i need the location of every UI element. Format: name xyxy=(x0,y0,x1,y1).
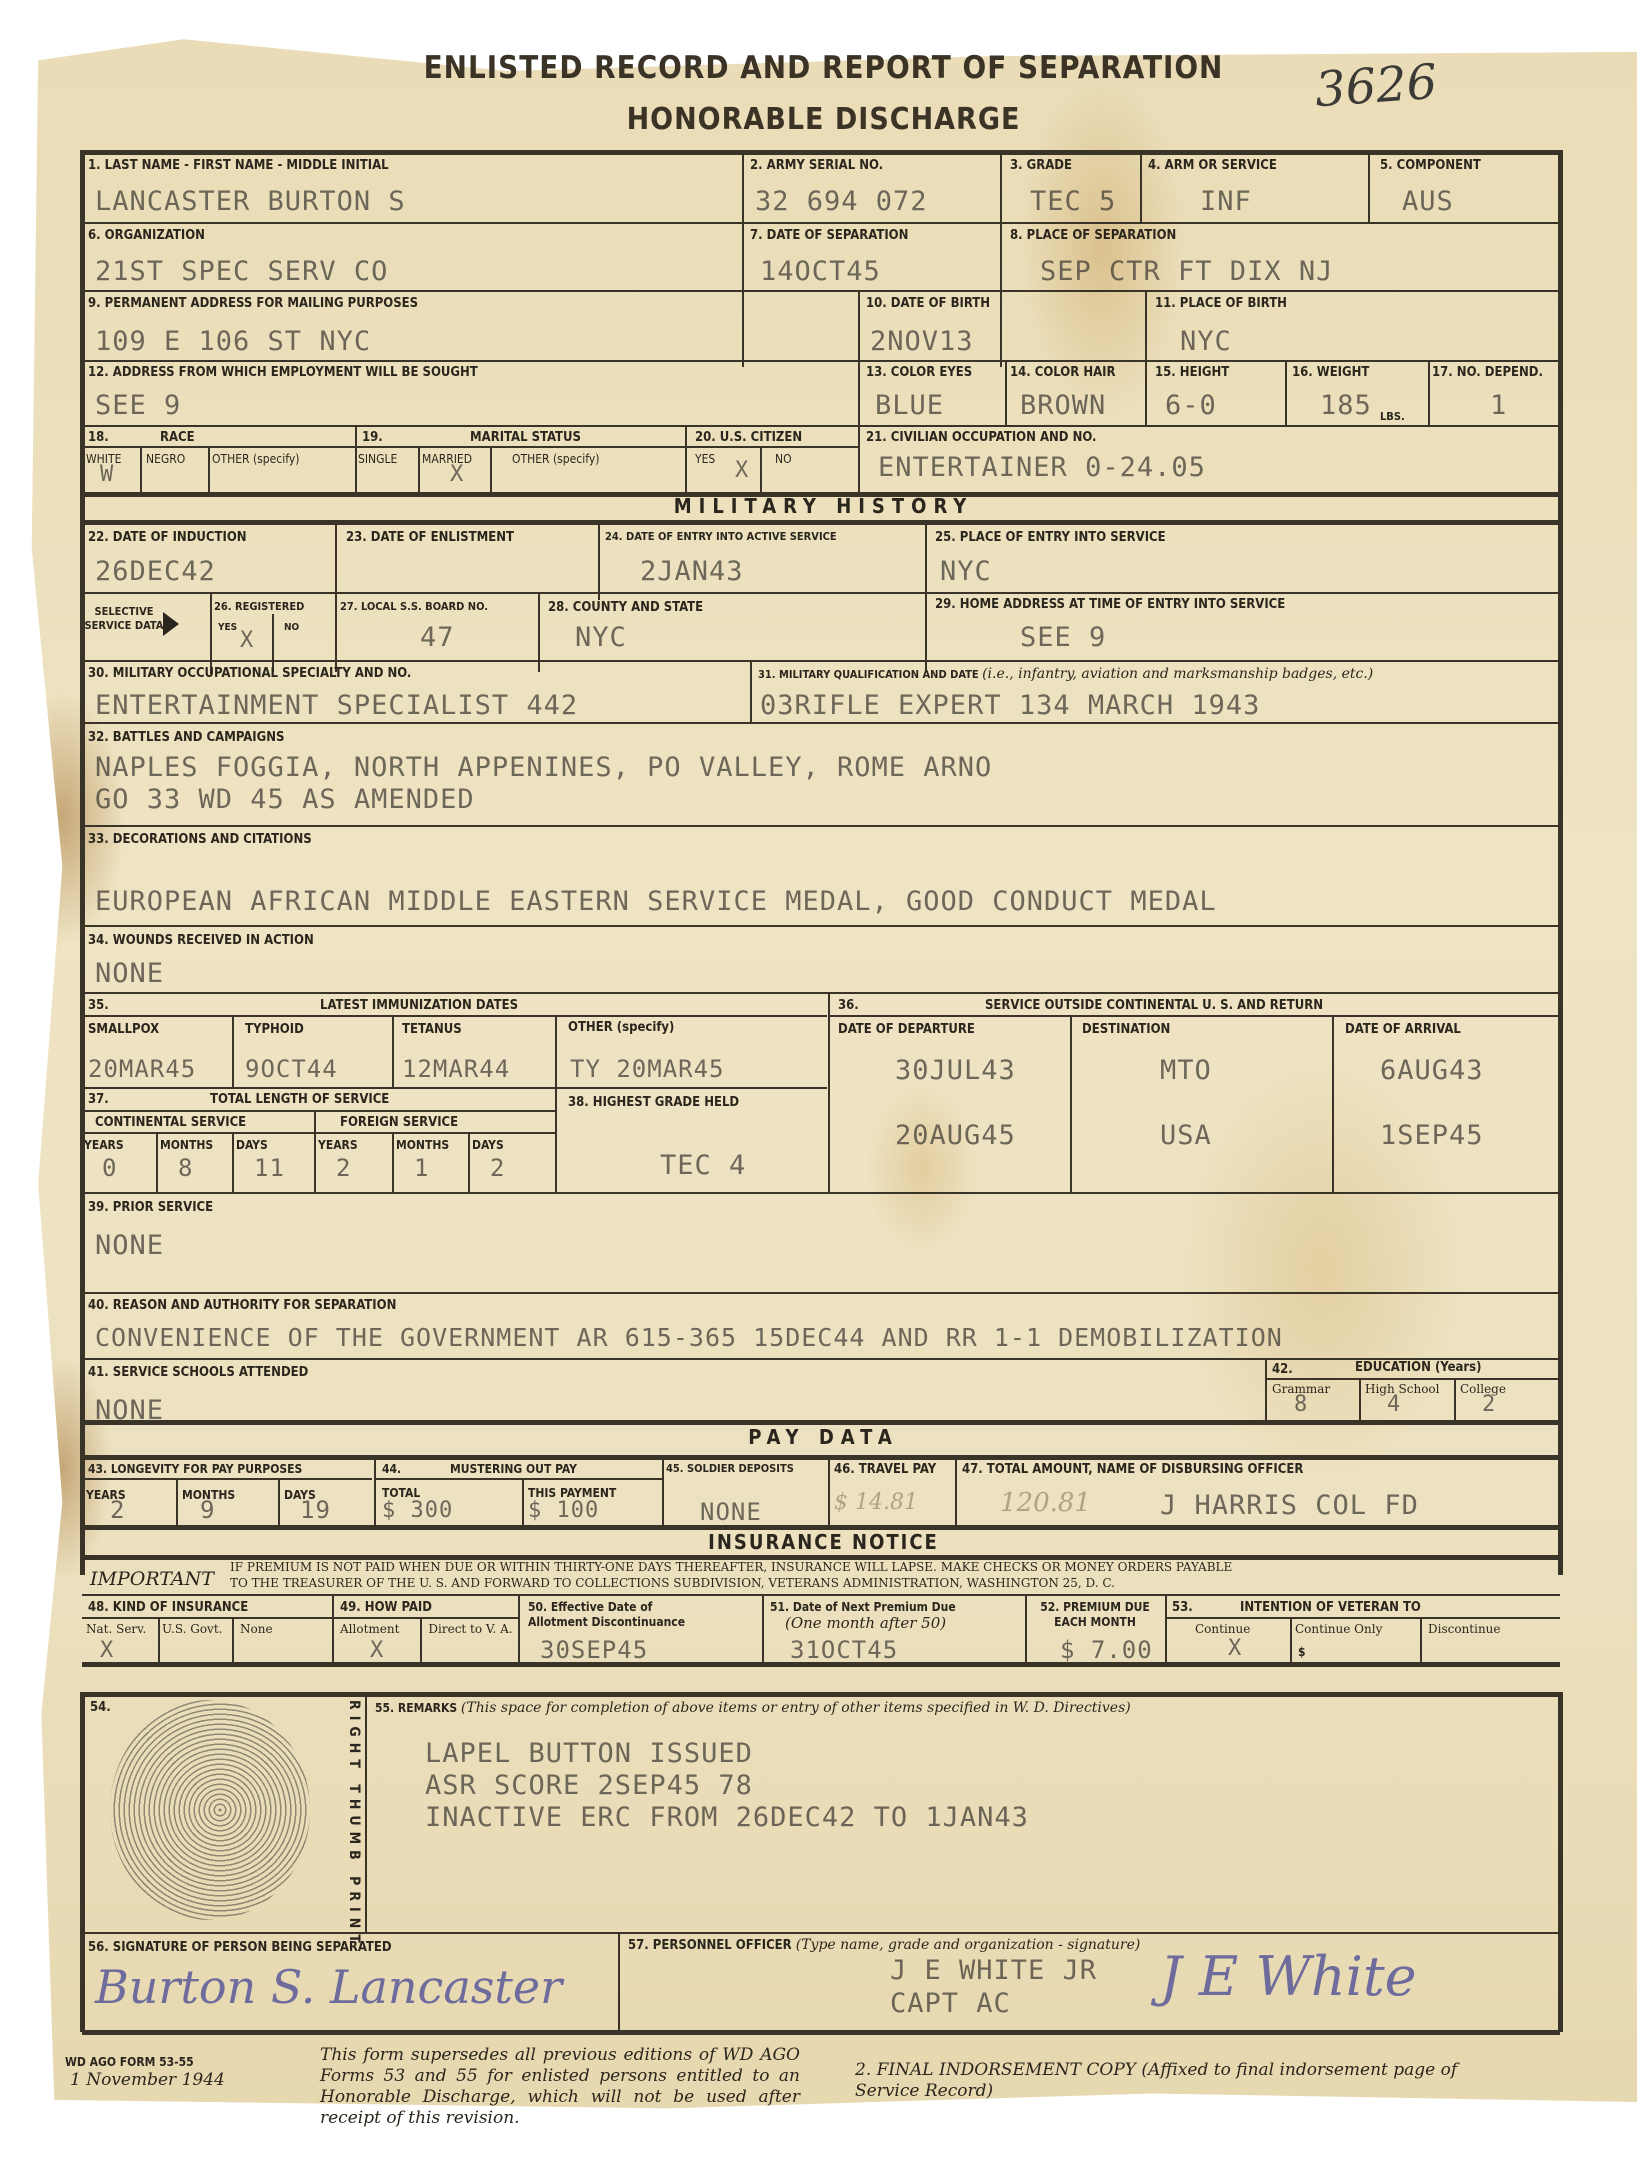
label-soldier-deposits: 45. SOLDIER DEPOSITS xyxy=(666,1462,794,1475)
divider xyxy=(420,1619,422,1664)
value-prior-service: NONE xyxy=(95,1230,164,1261)
qualification-hint: (i.e., infantry, aviation and marksmansh… xyxy=(982,666,1373,682)
paid-mark: X xyxy=(370,1638,384,1663)
value-dob: 2NOV13 xyxy=(870,326,974,357)
label-signature-separated: 56. SIGNATURE OF PERSON BEING SEPARATED xyxy=(88,1940,392,1955)
label-remarks: 55. REMARKS (This space for completion o… xyxy=(375,1700,1131,1716)
label-height: 15. HEIGHT xyxy=(1155,365,1229,380)
label-race-num: 18. xyxy=(88,430,109,445)
remarks-hint: (This space for completion of above item… xyxy=(461,1700,1131,1716)
label-dob: 10. DATE OF BIRTH xyxy=(866,296,990,311)
form-date: 1 November 1944 xyxy=(70,2070,225,2091)
value-entry-place: NYC xyxy=(940,556,992,587)
divider xyxy=(82,1087,827,1089)
longevity-months: 9 xyxy=(200,1496,215,1524)
intention-mark: X xyxy=(1228,1636,1242,1661)
value-occupation: ENTERTAINER 0-24.05 xyxy=(878,452,1206,483)
divider xyxy=(762,1596,764,1664)
race-option-other: OTHER (specify) xyxy=(212,452,299,466)
divider xyxy=(82,660,1560,662)
value-arm: INF xyxy=(1200,186,1252,217)
label-longevity: 43. LONGEVITY FOR PAY PURPOSES xyxy=(88,1462,302,1476)
label-travel-pay: 46. TRAVEL PAY xyxy=(834,1462,936,1477)
value-battles-line2: GO 33 WD 45 AS AMENDED xyxy=(95,784,475,815)
personnel-officer-label-text: 57. PERSONNEL OFFICER xyxy=(628,1938,792,1953)
form-id: WD AGO FORM 53-55 xyxy=(65,2055,194,2069)
divider xyxy=(82,1932,1560,1934)
length-header: YEARS xyxy=(84,1138,124,1152)
immun-header-typhoid: TYPHOID xyxy=(245,1022,304,1037)
divider xyxy=(662,1457,664,1527)
label-induction: 22. DATE OF INDUCTION xyxy=(88,530,247,545)
divider xyxy=(1359,1380,1361,1420)
travel-header-departure: DATE OF DEPARTURE xyxy=(838,1022,975,1037)
label-service-outside: SERVICE OUTSIDE CONTINENTAL U. S. AND RE… xyxy=(985,998,1323,1013)
value-grade: TEC 5 xyxy=(1030,186,1116,217)
copy-note: 2. FINAL INDORSEMENT COPY (Affixed to fi… xyxy=(855,2060,1505,2102)
divider xyxy=(332,1596,334,1664)
divider xyxy=(1025,1596,1027,1664)
divider xyxy=(828,1457,830,1527)
paid-option-direct-va: Direct to V. A. xyxy=(428,1622,513,1636)
divider xyxy=(82,992,1560,994)
value-county-state: NYC xyxy=(575,622,627,653)
mop-this-payment: $ 100 xyxy=(528,1498,599,1523)
divider xyxy=(365,1694,367,1934)
label-sep-date: 7. DATE OF SEPARATION xyxy=(750,228,908,243)
divider xyxy=(82,722,1560,724)
length-value: 0 xyxy=(102,1154,117,1182)
value-eyes: BLUE xyxy=(875,390,944,421)
divider xyxy=(82,425,1560,427)
label-component: 5. COMPONENT xyxy=(1380,158,1481,173)
frame-right xyxy=(1558,150,1563,1575)
divider xyxy=(82,1692,1560,1697)
divider xyxy=(82,1110,555,1112)
value-induction: 26DEC42 xyxy=(95,556,216,587)
personnel-officer-hint: (Type name, grade and organization - sig… xyxy=(796,1937,1141,1953)
divider xyxy=(208,448,210,492)
label-occupation: 21. CIVILIAN OCCUPATION AND NO. xyxy=(866,430,1096,445)
divider xyxy=(82,290,1560,292)
value-mos: ENTERTAINMENT SPECIALIST 442 xyxy=(95,690,578,721)
label-decorations: 33. DECORATIONS AND CITATIONS xyxy=(88,832,312,847)
label-battles: 32. BATTLES AND CAMPAIGNS xyxy=(88,730,284,745)
travel-row2-destination: USA xyxy=(1160,1120,1212,1151)
signature-separated: Burton S. Lancaster xyxy=(95,1960,562,2014)
divider xyxy=(82,446,858,448)
travel-row1-destination: MTO xyxy=(1160,1055,1212,1086)
divider xyxy=(82,1192,1560,1194)
label-enlistment: 23. DATE OF ENLISTMENT xyxy=(346,530,514,545)
label-race: RACE xyxy=(160,430,195,445)
divider xyxy=(82,1358,1560,1360)
value-hair: BROWN xyxy=(1020,390,1106,421)
label-intention-num: 53. xyxy=(1172,1600,1193,1615)
divider xyxy=(335,522,337,672)
label-education-num: 42. xyxy=(1272,1362,1293,1377)
supersede-note: This form supersedes all previous editio… xyxy=(320,2045,800,2129)
value-dependents: 1 xyxy=(1490,390,1507,421)
divider xyxy=(1454,1380,1456,1420)
label-sep-place: 8. PLACE OF SEPARATION xyxy=(1010,228,1176,243)
divider xyxy=(82,1015,827,1017)
kind-option-none: None xyxy=(240,1622,273,1636)
travel-row1-arrival: 6AUG43 xyxy=(1380,1055,1484,1086)
value-active-entry: 2JAN43 xyxy=(640,556,744,587)
divider xyxy=(742,152,744,367)
divider xyxy=(334,1617,518,1619)
label-registered: 26. REGISTERED xyxy=(214,600,304,613)
label-selective-service: SELECTIVE SERVICE DATA xyxy=(84,605,164,633)
insurance-notice-line2: TO THE TREASURER OF THE U. S. AND FORWAR… xyxy=(230,1576,1115,1590)
divider xyxy=(376,1478,662,1480)
citizen-mark: X xyxy=(735,458,749,483)
arrow-right-icon xyxy=(163,612,179,636)
mop-total: $ 300 xyxy=(382,1498,453,1523)
length-header: DAYS xyxy=(472,1138,504,1152)
divider xyxy=(618,1934,620,2032)
value-battles-line1: NAPLES FOGGIA, NORTH APPENINES, PO VALLE… xyxy=(95,752,992,783)
value-travel-pay: $ 14.81 xyxy=(834,1490,918,1515)
divider xyxy=(685,427,687,492)
registered-mark: X xyxy=(240,628,254,653)
value-next-premium: 31OCT45 xyxy=(790,1636,898,1664)
immun-value-typhoid: 9OCT44 xyxy=(245,1055,338,1083)
divider xyxy=(374,1457,376,1527)
intention-option-continue-only: Continue Only xyxy=(1295,1622,1382,1636)
marital-option-single: SINGLE xyxy=(358,452,397,466)
value-weight: 185 xyxy=(1320,390,1372,421)
frame-top xyxy=(80,150,1563,155)
label-organization: 6. ORGANIZATION xyxy=(88,228,205,243)
label-serial: 2. ARMY SERIAL NO. xyxy=(750,158,883,173)
officer-grade-org: CAPT AC xyxy=(890,1988,1011,2019)
label-immunization-num: 35. xyxy=(88,998,109,1013)
travel-row2-arrival: 1SEP45 xyxy=(1380,1120,1484,1151)
value-pob: NYC xyxy=(1180,326,1232,357)
marital-mark: X xyxy=(450,462,464,487)
divider xyxy=(1420,1619,1422,1664)
divider xyxy=(176,1480,178,1525)
label-perm-address: 9. PERMANENT ADDRESS FOR MAILING PURPOSE… xyxy=(88,296,418,311)
divider xyxy=(760,448,762,492)
divider xyxy=(232,1134,234,1192)
length-value: 2 xyxy=(490,1154,505,1182)
length-header: YEARS xyxy=(318,1138,358,1152)
divider xyxy=(82,925,1560,927)
value-perm-address: 109 E 106 ST NYC xyxy=(95,326,371,357)
divider xyxy=(232,1017,234,1087)
divider xyxy=(555,1017,557,1192)
insurance-notice-line1: IF PREMIUM IS NOT PAID WHEN DUE OR WITHI… xyxy=(230,1560,1232,1574)
travel-header-arrival: DATE OF ARRIVAL xyxy=(1345,1022,1461,1037)
divider xyxy=(1368,152,1370,224)
value-home-address: SEE 9 xyxy=(1020,622,1106,653)
travel-row2-departure: 20AUG45 xyxy=(895,1120,1016,1151)
immun-header-other: OTHER (specify) xyxy=(568,1020,674,1035)
divider xyxy=(1000,152,1002,367)
intention-option-continue: Continue xyxy=(1195,1622,1250,1636)
immun-value-tetanus: 12MAR44 xyxy=(402,1055,510,1083)
label-name: 1. LAST NAME - FIRST NAME - MIDDLE INITI… xyxy=(88,158,389,173)
label-home-address: 29. HOME ADDRESS AT TIME OF ENTRY INTO S… xyxy=(935,597,1285,612)
divider xyxy=(82,1132,555,1134)
label-length-num: 37. xyxy=(88,1092,109,1107)
divider xyxy=(158,1619,160,1664)
longevity-years: 2 xyxy=(110,1496,125,1524)
label-eyes: 13. COLOR EYES xyxy=(866,365,972,380)
length-header: DAYS xyxy=(236,1138,268,1152)
frame-left xyxy=(80,1692,85,2032)
insurance-important: IMPORTANT xyxy=(90,1568,214,1590)
value-component: AUS xyxy=(1402,186,1454,217)
divider xyxy=(1332,1017,1334,1192)
divider xyxy=(828,994,830,1194)
length-value: 1 xyxy=(414,1154,429,1182)
length-header: MONTHS xyxy=(160,1138,213,1152)
right-thumb-print xyxy=(110,1700,310,1920)
label-immunization: LATEST IMMUNIZATION DATES xyxy=(320,998,518,1013)
handwritten-doc-number: 3626 xyxy=(1313,54,1439,118)
divider xyxy=(232,1619,234,1664)
divider xyxy=(82,1478,372,1480)
label-mop-num: 44. xyxy=(382,1462,401,1476)
kind-option-nat-serv: Nat. Serv. xyxy=(86,1622,146,1636)
remarks-label-text: 55. REMARKS xyxy=(375,1701,457,1715)
value-serial: 32 694 072 xyxy=(755,186,928,217)
divider xyxy=(955,1457,957,1527)
label-thumb-num: 54. xyxy=(90,1700,111,1715)
divider xyxy=(82,222,1560,224)
label-intention: INTENTION OF VETERAN TO xyxy=(1240,1600,1421,1615)
registered-no: NO xyxy=(284,622,299,633)
label-arm: 4. ARM OR SERVICE xyxy=(1148,158,1277,173)
officer-name: J E WHITE JR xyxy=(890,1955,1097,1986)
divider xyxy=(468,1134,470,1192)
marital-option-other: OTHER (specify) xyxy=(512,452,599,466)
length-value: 2 xyxy=(336,1154,351,1182)
citizen-option-yes: YES xyxy=(695,452,715,466)
next-premium-hint: (One month after 50) xyxy=(785,1614,946,1632)
value-reason: CONVENIENCE OF THE GOVERNMENT AR 615-365… xyxy=(95,1323,1283,1352)
divider xyxy=(82,1662,1560,1667)
divider xyxy=(82,592,1560,594)
value-board-no: 47 xyxy=(420,622,455,653)
citizen-option-no: NO xyxy=(775,452,792,466)
divider xyxy=(156,1134,158,1192)
length-value: 8 xyxy=(178,1154,193,1182)
value-total-amount: 120.81 xyxy=(1000,1488,1091,1518)
divider xyxy=(1285,362,1287,427)
frame-right xyxy=(1558,1692,1563,2032)
continue-only-dollar: $ xyxy=(1298,1645,1306,1659)
label-grade: 3. GRADE xyxy=(1010,158,1072,173)
label-continental: CONTINENTAL SERVICE xyxy=(95,1115,246,1130)
divider xyxy=(925,522,927,672)
section-insurance: INSURANCE NOTICE xyxy=(0,1530,1647,1554)
divider xyxy=(82,1594,1560,1596)
value-height: 6-0 xyxy=(1165,390,1217,421)
length-header: MONTHS xyxy=(396,1138,449,1152)
label-mop: MUSTERING OUT PAY xyxy=(450,1462,577,1476)
divider xyxy=(82,825,1560,827)
label-highest-grade: 38. HIGHEST GRADE HELD xyxy=(568,1095,739,1110)
divider xyxy=(1005,362,1007,427)
value-disbursing-officer: J HARRIS COL FD xyxy=(1160,1490,1419,1521)
divider xyxy=(82,1455,1560,1460)
remarks-line-3: INACTIVE ERC FROM 26DEC42 TO 1JAN43 xyxy=(425,1802,1029,1833)
label-allotment-discontinuance: 50. Effective Date of Allotment Disconti… xyxy=(528,1600,688,1630)
immun-value-smallpox: 20MAR45 xyxy=(88,1055,196,1083)
value-wounds: NONE xyxy=(95,958,164,989)
divider xyxy=(392,1017,394,1087)
divider xyxy=(1145,362,1147,427)
immun-header-tetanus: TETANUS xyxy=(402,1022,462,1037)
race-option-negro: NEGRO xyxy=(146,452,185,466)
divider xyxy=(858,292,860,497)
travel-row1-departure: 30JUL43 xyxy=(895,1055,1016,1086)
divider xyxy=(278,1480,280,1525)
kind-mark: X xyxy=(100,1638,114,1663)
divider xyxy=(1428,362,1430,427)
label-service-schools: 41. SERVICE SCHOOLS ATTENDED xyxy=(88,1365,308,1380)
qualification-label-text: 31. MILITARY QUALIFICATION AND DATE xyxy=(758,668,979,681)
divider xyxy=(392,1134,394,1192)
label-mos: 30. MILITARY OCCUPATIONAL SPECIALTY AND … xyxy=(88,666,411,681)
divider xyxy=(355,427,357,492)
divider xyxy=(314,1134,316,1192)
divider xyxy=(418,448,420,492)
frame-left xyxy=(80,150,85,1575)
divider xyxy=(272,614,274,672)
immun-value-other: TY 20MAR45 xyxy=(570,1055,725,1083)
longevity-days: 19 xyxy=(300,1496,331,1524)
label-county-state: 28. COUNTY AND STATE xyxy=(548,600,703,615)
label-foreign: FOREIGN SERVICE xyxy=(340,1115,458,1130)
divider xyxy=(82,1617,332,1619)
label-wounds: 34. WOUNDS RECEIVED IN ACTION xyxy=(88,933,314,948)
divider xyxy=(1167,1617,1560,1619)
marital-option-married: MARRIED xyxy=(422,452,472,466)
value-decorations: EUROPEAN AFRICAN MIDDLE EASTERN SERVICE … xyxy=(95,886,1217,917)
divider xyxy=(82,2030,1560,2035)
label-length: TOTAL LENGTH OF SERVICE xyxy=(210,1092,389,1107)
divider xyxy=(490,448,492,492)
value-employment-address: SEE 9 xyxy=(95,390,181,421)
label-qualification: 31. MILITARY QUALIFICATION AND DATE (i.e… xyxy=(758,666,1373,682)
weight-unit: LBS. xyxy=(1380,410,1405,423)
label-prior-service: 39. PRIOR SERVICE xyxy=(88,1200,213,1215)
section-military-history: MILITARY HISTORY xyxy=(0,494,1647,518)
education-value: 4 xyxy=(1387,1392,1401,1417)
label-total-amount: 47. TOTAL AMOUNT, NAME OF DISBURSING OFF… xyxy=(962,1462,1303,1477)
travel-header-destination: DESTINATION xyxy=(1082,1022,1170,1037)
divider xyxy=(1267,1378,1560,1380)
label-active-entry: 24. DATE OF ENTRY INTO ACTIVE SERVICE xyxy=(605,530,837,543)
divider xyxy=(140,448,142,492)
label-next-premium: 51. Date of Next Premium Due xyxy=(770,1600,956,1614)
education-value: 2 xyxy=(1482,1392,1496,1417)
label-personnel-officer: 57. PERSONNEL OFFICER (Type name, grade … xyxy=(628,1937,1140,1953)
label-right-thumb-print: RIGHT THUMB PRINT xyxy=(342,1700,362,1949)
label-premium-due: 52. PREMIUM DUE EACH MONTH xyxy=(1035,1600,1155,1630)
divider xyxy=(82,1292,1560,1294)
label-dependents: 17. NO. DEPEND. xyxy=(1432,365,1543,380)
divider xyxy=(518,1596,520,1664)
remarks-line-1: LAPEL BUTTON ISSUED xyxy=(425,1738,753,1769)
value-premium-due: $ 7.00 xyxy=(1060,1636,1153,1664)
value-sep-place: SEP CTR FT DIX NJ xyxy=(1040,256,1333,287)
label-pob: 11. PLACE OF BIRTH xyxy=(1155,296,1287,311)
value-organization: 21ST SPEC SERV CO xyxy=(95,256,388,287)
label-weight: 16. WEIGHT xyxy=(1292,365,1369,380)
label-reason: 40. REASON AND AUTHORITY FOR SEPARATION xyxy=(88,1298,396,1313)
registered-yes: YES xyxy=(218,622,237,633)
race-mark: W xyxy=(100,462,114,487)
divider xyxy=(1145,292,1147,362)
divider xyxy=(82,360,1560,362)
divider xyxy=(1165,1596,1167,1664)
education-header: High School xyxy=(1365,1382,1439,1396)
label-citizen: 20. U.S. CITIZEN xyxy=(695,430,802,445)
remarks-line-2: ASR SCORE 2SEP45 78 xyxy=(425,1770,753,1801)
value-qualification: 03RIFLE EXPERT 134 MARCH 1943 xyxy=(760,690,1260,721)
value-soldier-deposits: NONE xyxy=(700,1498,762,1526)
value-sep-date: 14OCT45 xyxy=(760,256,881,287)
label-education: EDUCATION (Years) xyxy=(1355,1360,1481,1375)
divider xyxy=(210,594,212,674)
length-value: 11 xyxy=(254,1154,285,1182)
label-entry-place: 25. PLACE OF ENTRY INTO SERVICE xyxy=(935,530,1166,545)
divider xyxy=(598,522,600,600)
divider xyxy=(1070,1017,1072,1192)
officer-signature: J E White xyxy=(1160,1945,1417,2008)
label-marital: MARITAL STATUS xyxy=(470,430,581,445)
label-hair: 14. COLOR HAIR xyxy=(1010,365,1116,380)
education-value: 8 xyxy=(1294,1392,1308,1417)
divider xyxy=(750,662,752,724)
label-kind-insurance: 48. KIND OF INSURANCE xyxy=(88,1600,248,1615)
label-how-paid: 49. HOW PAID xyxy=(340,1600,432,1615)
value-allotment-discontinuance: 30SEP45 xyxy=(540,1636,648,1664)
divider xyxy=(82,520,1560,525)
divider xyxy=(1140,152,1142,224)
label-board-no: 27. LOCAL S.S. BOARD NO. xyxy=(340,600,488,613)
section-pay-data: PAY DATA xyxy=(0,1425,1647,1449)
label-marital-num: 19. xyxy=(362,430,383,445)
label-employment-address: 12. ADDRESS FROM WHICH EMPLOYMENT WILL B… xyxy=(88,365,478,380)
divider xyxy=(830,1015,1560,1017)
label-service-outside-num: 36. xyxy=(838,998,859,1013)
divider xyxy=(1290,1619,1292,1664)
value-highest-grade: TEC 4 xyxy=(660,1150,746,1181)
immun-header-smallpox: SMALLPOX xyxy=(88,1022,159,1037)
paid-option-allotment: Allotment xyxy=(340,1622,399,1636)
kind-option-us-govt: U.S. Govt. xyxy=(162,1622,222,1636)
intention-option-discontinue: Discontinue xyxy=(1428,1622,1501,1636)
divider xyxy=(1265,1360,1267,1422)
value-name: LANCASTER BURTON S xyxy=(95,186,406,217)
divider xyxy=(522,1480,524,1525)
